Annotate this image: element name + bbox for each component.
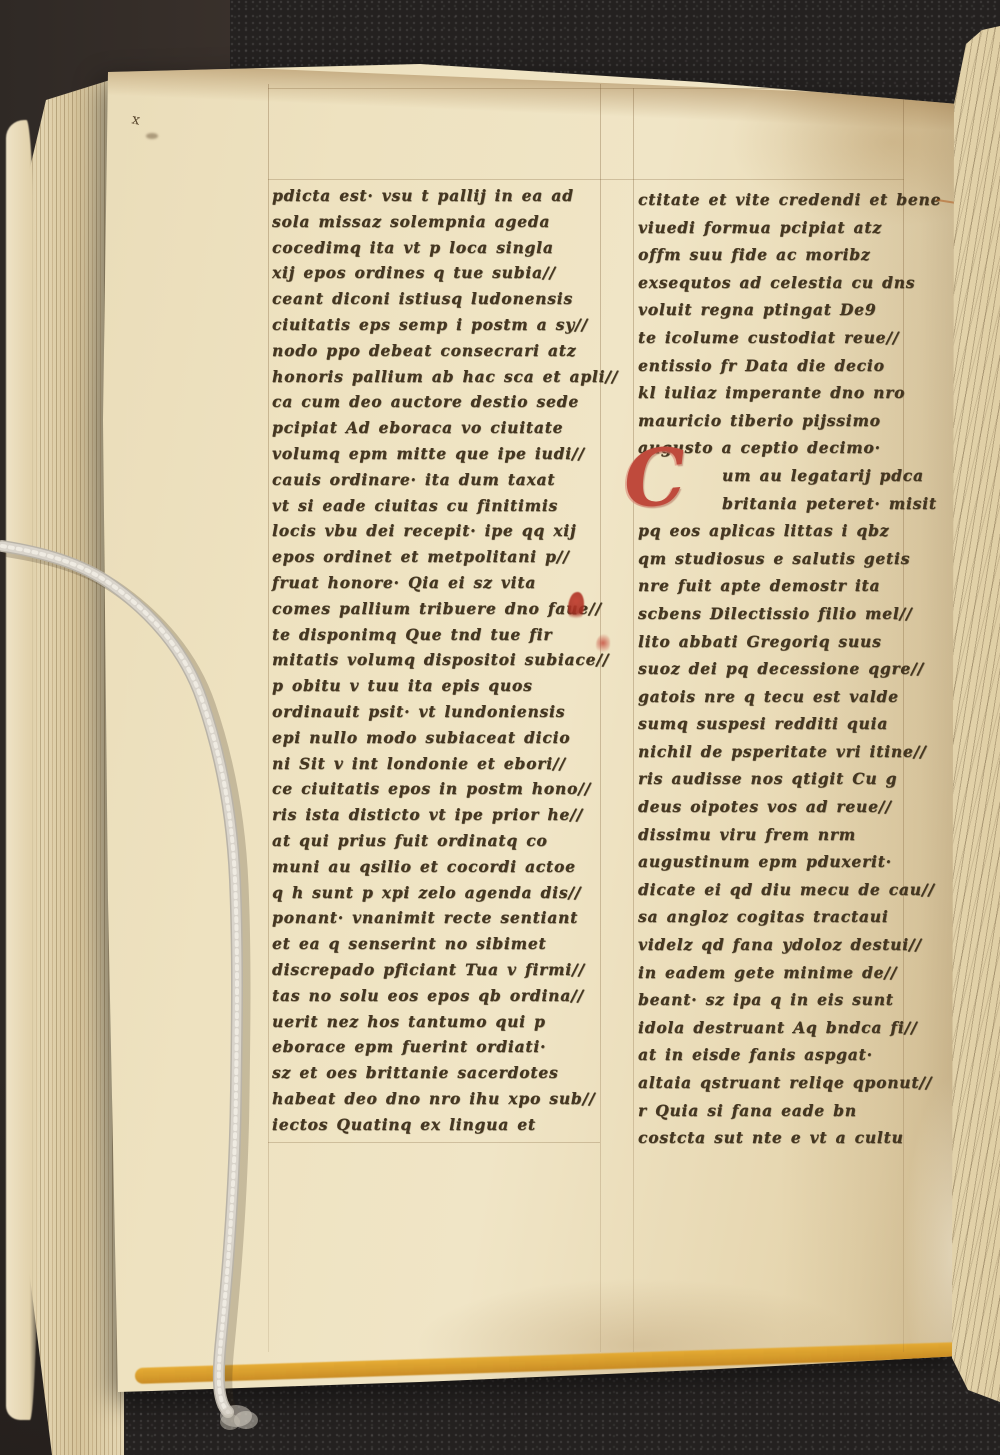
text-line: nodo ppo debeat consecrari atz	[272, 338, 606, 364]
text-line: habeat deo dno nro ihu xpo sub//	[272, 1086, 606, 1112]
text-line: sola missaz solempnia ageda	[272, 209, 606, 235]
ruling-line-horizontal	[268, 179, 904, 180]
text-line: epos ordinet et metpolitani p//	[272, 544, 606, 570]
manuscript-page: pdicta est· vsu t pallij in ea adsola mi…	[0, 0, 1000, 1455]
text-line: ris audisse nos qtigit Cu g	[638, 765, 910, 793]
text-line: pdicta est· vsu t pallij in ea ad	[272, 183, 606, 209]
text-line: viuedi formua pcipiat atz	[638, 214, 910, 242]
text-line: suoz dei pq decessione qgre//	[638, 655, 910, 683]
text-line: nichil de psperitate vri itine//	[638, 738, 910, 766]
margin-pen-mark: x	[130, 111, 141, 128]
text-line: sa angloz cogitas tractaui	[638, 903, 910, 931]
text-line: q h sunt p xpi zelo agenda dis//	[272, 880, 606, 906]
text-line: xij epos ordines q tue subia//	[272, 260, 606, 286]
text-column-left: pdicta est· vsu t pallij in ea adsola mi…	[272, 183, 606, 1137]
text-line: volumq epm mitte que ipe iudi//	[272, 441, 606, 467]
text-line: exsequtos ad celestia cu dns	[638, 269, 910, 297]
text-line: te disponimq Que tnd tue fir	[272, 622, 606, 648]
text-line: muni au qsilio et cocordi actoe	[272, 854, 606, 880]
text-line: lito abbati Gregoriq suus	[638, 628, 910, 656]
text-line: honoris pallium ab hac sca et apli//	[272, 364, 606, 390]
text-line: sz et oes brittanie sacerdotes	[272, 1060, 606, 1086]
text-line: vt si eade ciuitas cu finitimis	[272, 493, 606, 519]
margin-smudge	[146, 133, 158, 139]
text-line: gatois nre q tecu est valde	[638, 683, 910, 711]
text-line: beant· sz ipa q in eis sunt	[638, 986, 910, 1014]
text-line: cauis ordinare· ita dum taxat	[272, 467, 606, 493]
text-line: altaia qstruant reliqe qponut//	[638, 1069, 910, 1097]
text-line: discrepado pficiant Tua v firmi//	[272, 957, 606, 983]
text-line: fruat honore· Qia ei sz vita	[272, 570, 606, 596]
rubric-initial-letter: C	[622, 442, 689, 516]
ruling-line-horizontal	[268, 88, 904, 89]
text-line: ce ciuitatis epos in postm hono//	[272, 776, 606, 802]
text-line: nre fuit apte demostr ita	[638, 572, 910, 600]
text-line: costcta sut nte e vt a cultu	[638, 1124, 910, 1152]
text-line: ciuitatis eps semp i postm a sy//	[272, 312, 606, 338]
text-line: ponant· vnanimit recte sentiant	[272, 905, 606, 931]
text-line: qm studiosus e salutis getis	[638, 545, 910, 573]
text-column-right: ctitate et vite credendi et beneviuedi f…	[638, 186, 910, 1152]
ruling-line-horizontal	[268, 1142, 600, 1143]
text-line: tas no solu eos epos qb ordina//	[272, 983, 606, 1009]
text-line: pcipiat Ad eboraca vo ciuitate	[272, 415, 606, 441]
text-line: offm suu fide ac moribz	[638, 241, 910, 269]
text-line: locis vbu dei recepit· ipe qq xij	[272, 518, 606, 544]
text-line: et ea q senserint no sibimet	[272, 931, 606, 957]
text-line: ris ista disticto vt ipe prior he//	[272, 802, 606, 828]
text-line: cocedimq ita vt p loca singla	[272, 235, 606, 261]
photograph-background: pdicta est· vsu t pallij in ea adsola mi…	[0, 0, 1000, 1455]
text-line: kl iuliaz imperante dno nro	[638, 379, 910, 407]
text-line: p obitu v tuu ita epis quos	[272, 673, 606, 699]
text-line: ctitate et vite credendi et bene	[638, 186, 910, 214]
text-line: te icolume custodiat reue//	[638, 324, 910, 352]
text-line: videlz qd fana ydoloz destui//	[638, 931, 910, 959]
text-line: ca cum deo auctore destio sede	[272, 389, 606, 415]
text-line: idola destruant Aq bndca fi//	[638, 1014, 910, 1042]
text-line: iectos Quatinq ex lingua et	[272, 1112, 606, 1138]
text-line: sumq suspesi redditi quia	[638, 710, 910, 738]
text-line: comes pallium tribuere dno faue//	[272, 596, 606, 622]
text-line: ordinauit psit· vt lundoniensis	[272, 699, 606, 725]
manuscript-page-wrap: pdicta est· vsu t pallij in ea adsola mi…	[0, 0, 1000, 1455]
ruling-line-vertical	[633, 88, 634, 1352]
text-line: at qui prius fuit ordinatq co	[272, 828, 606, 854]
text-line: voluit regna ptingat De9	[638, 296, 910, 324]
text-line: entissio fr Data die decio	[638, 352, 910, 380]
text-line: r Quia si fana eade bn	[638, 1097, 910, 1125]
text-line: mitatis volumq dispositoi subiace//	[272, 647, 606, 673]
text-line: dissimu viru frem nrm	[638, 821, 910, 849]
text-line: ceant diconi istiusq ludonensis	[272, 286, 606, 312]
page-bottom-edge-paint	[135, 1342, 965, 1384]
ruling-line-vertical	[268, 84, 269, 1352]
text-line: deus oipotes vos ad reue//	[638, 793, 910, 821]
text-line: in eadem gete minime de//	[638, 959, 910, 987]
text-line: uerit nez hos tantumo qui p	[272, 1009, 606, 1035]
text-line: dicate ei qd diu mecu de cau//	[638, 876, 910, 904]
text-line: scbens Dilectissio filio mel//	[638, 600, 910, 628]
text-line: eborace epm fuerint ordiati·	[272, 1034, 606, 1060]
text-line: epi nullo modo subiaceat dicio	[272, 725, 606, 751]
text-line: at in eisde fanis aspgat·	[638, 1041, 910, 1069]
page-top-browning	[102, 62, 965, 142]
text-line: augustinum epm pduxerit·	[638, 848, 910, 876]
text-line: ni Sit v int londonie et ebori//	[272, 751, 606, 777]
